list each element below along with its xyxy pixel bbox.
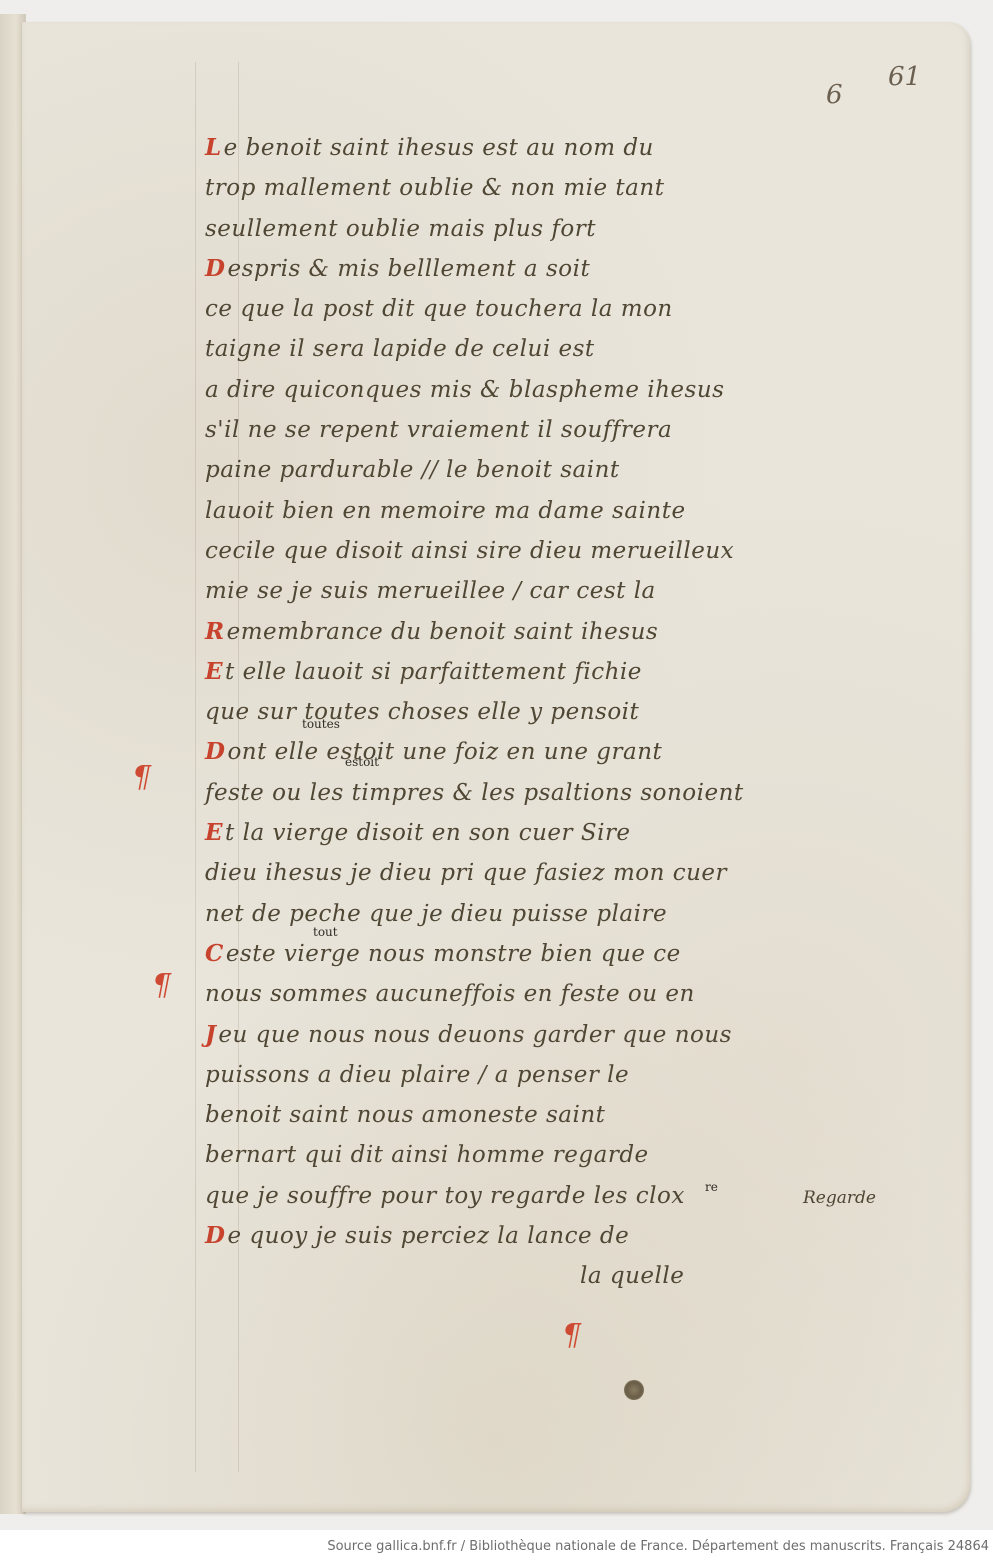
line-text: que sur toutes choses elle y pensoit [205,699,639,725]
source-credit-footer: Source gallica.bnf.fr / Bibliothèque nat… [0,1530,993,1566]
line-text: ce que la post dit que touchera la mon [205,296,673,322]
line-text: la quelle [580,1263,684,1289]
manuscript-line: Ceste vierge nous monstre bien que ce [205,934,805,974]
line-text: trop mallement oublie & non mie tant [205,175,664,201]
manuscript-line: s'il ne se repent vraiement il souffrera [205,410,805,450]
line-text: t la vierge disoit en son cuer Sire [225,820,631,846]
line-text: que je souffre pour toy regarde les clox [205,1183,685,1209]
line-text: emembrance du benoit saint ihesus [227,619,659,645]
manuscript-line: ce que la post dit que touchera la mon [205,289,805,329]
source-credit-text: Source gallica.bnf.fr / Bibliothèque nat… [327,1539,989,1554]
paragraph-mark: ¶ [152,968,171,1003]
line-text: dieu ihesus je dieu pri que fasiez mon c… [205,860,727,886]
interlinear-insertion: estoit [345,755,379,769]
line-text: seullement oublie mais plus fort [205,216,596,242]
manuscript-line: Et elle lauoit si parfaittement fichie [205,652,805,692]
paragraph-mark: ¶ [562,1318,581,1353]
paragraph-mark: ¶ [132,760,151,795]
line-text: s'il ne se repent vraiement il souffrera [205,417,672,443]
ink-stain [624,1380,644,1400]
manuscript-line: Dont elle estoit une foiz en une grant [205,732,805,772]
line-text: espris & mis belllement a soit [227,256,590,282]
line-text: mie se je suis merueillee / car cest la [205,578,656,604]
rubricated-initial: D [205,738,225,765]
text-block: Le benoit saint ihesus est au nom dutrop… [205,128,805,1297]
manuscript-line: a dire quiconques mis & blaspheme ihesus [205,370,805,410]
rubricated-initial: E [205,819,223,846]
line-text: cecile que disoit ainsi sire dieu meruei… [205,538,734,564]
rubricated-initial: C [205,940,224,967]
manuscript-line: Jeu que nous nous deuons garder que nous [205,1015,805,1055]
folio-number: 61 [888,62,921,92]
line-text: este vierge nous monstre bien que ce [226,941,681,967]
manuscript-line: benoit saint nous amoneste saint [205,1095,805,1135]
line-text: bernart qui dit ainsi homme regarde [205,1142,649,1168]
manuscript-line: net de peche que je dieu puisse plaire [205,894,805,934]
interlinear-insertion: toutes [302,717,340,731]
line-text: nous sommes aucuneffois en feste ou en [205,981,695,1007]
line-text: e quoy je suis perciez la lance de [227,1223,629,1249]
manuscript-line: seullement oublie mais plus fort [205,209,805,249]
manuscript-line: De quoy je suis perciez la lance de [205,1216,805,1256]
line-text: paine pardurable // le benoit saint [205,457,620,483]
rubricated-initial: J [205,1021,216,1048]
manuscript-line: puissons a dieu plaire / a penser le [205,1055,805,1095]
rubricated-initial: R [205,618,225,645]
manuscript-line: Despris & mis belllement a soit [205,249,805,289]
rubricated-initial: E [205,658,223,685]
manuscript-line: lauoit bien en memoire ma dame sainte [205,491,805,531]
manuscript-line: la quelle [205,1256,805,1296]
line-text: e benoit saint ihesus est au nom du [224,135,654,161]
line-text: ont elle estoit une foiz en une grant [227,739,662,765]
line-text: t elle lauoit si parfaittement fichie [225,659,642,685]
scan-viewer: 6 61 Le benoit saint ihesus est au nom d… [0,0,993,1530]
line-text: puissons a dieu plaire / a penser le [205,1062,629,1088]
manuscript-line: cecile que disoit ainsi sire dieu meruei… [205,531,805,571]
manuscript-line: feste ou les timpres & les psaltions son… [205,773,805,813]
manuscript-line: nous sommes aucuneffois en feste ou en [205,974,805,1014]
interlinear-insertion: tout [313,925,338,939]
line-text: eu que nous nous deuons garder que nous [218,1022,732,1048]
manuscript-line: taigne il sera lapide de celui est [205,329,805,369]
manuscript-line: bernart qui dit ainsi homme regarde [205,1135,805,1175]
manuscript-line: trop mallement oublie & non mie tant [205,168,805,208]
manuscript-line: Et la vierge disoit en son cuer Sire [205,813,805,853]
line-text: a dire quiconques mis & blaspheme ihesus [205,377,724,403]
line-text: feste ou les timpres & les psaltions son… [205,780,744,806]
rubricated-initial: L [205,134,222,161]
rubricated-initial: D [205,1222,225,1249]
ruling-line [195,62,196,1472]
line-text: taigne il sera lapide de celui est [205,336,595,362]
line-text: lauoit bien en memoire ma dame sainte [205,498,686,524]
manuscript-line: paine pardurable // le benoit saint [205,450,805,490]
manuscript-line: mie se je suis merueillee / car cest la [205,571,805,611]
folio-mark-old: 6 [826,80,843,110]
interlinear-insertion: re [705,1180,718,1194]
manuscript-line: que sur toutes choses elle y pensoit [205,692,805,732]
manuscript-line: dieu ihesus je dieu pri que fasiez mon c… [205,853,805,893]
manuscript-line: Remembrance du benoit saint ihesus [205,612,805,652]
manuscript-line: Le benoit saint ihesus est au nom du [205,128,805,168]
line-text: benoit saint nous amoneste saint [205,1102,605,1128]
rubricated-initial: D [205,255,225,282]
margin-note: Regarde [803,1188,876,1208]
line-text: net de peche que je dieu puisse plaire [205,901,667,927]
